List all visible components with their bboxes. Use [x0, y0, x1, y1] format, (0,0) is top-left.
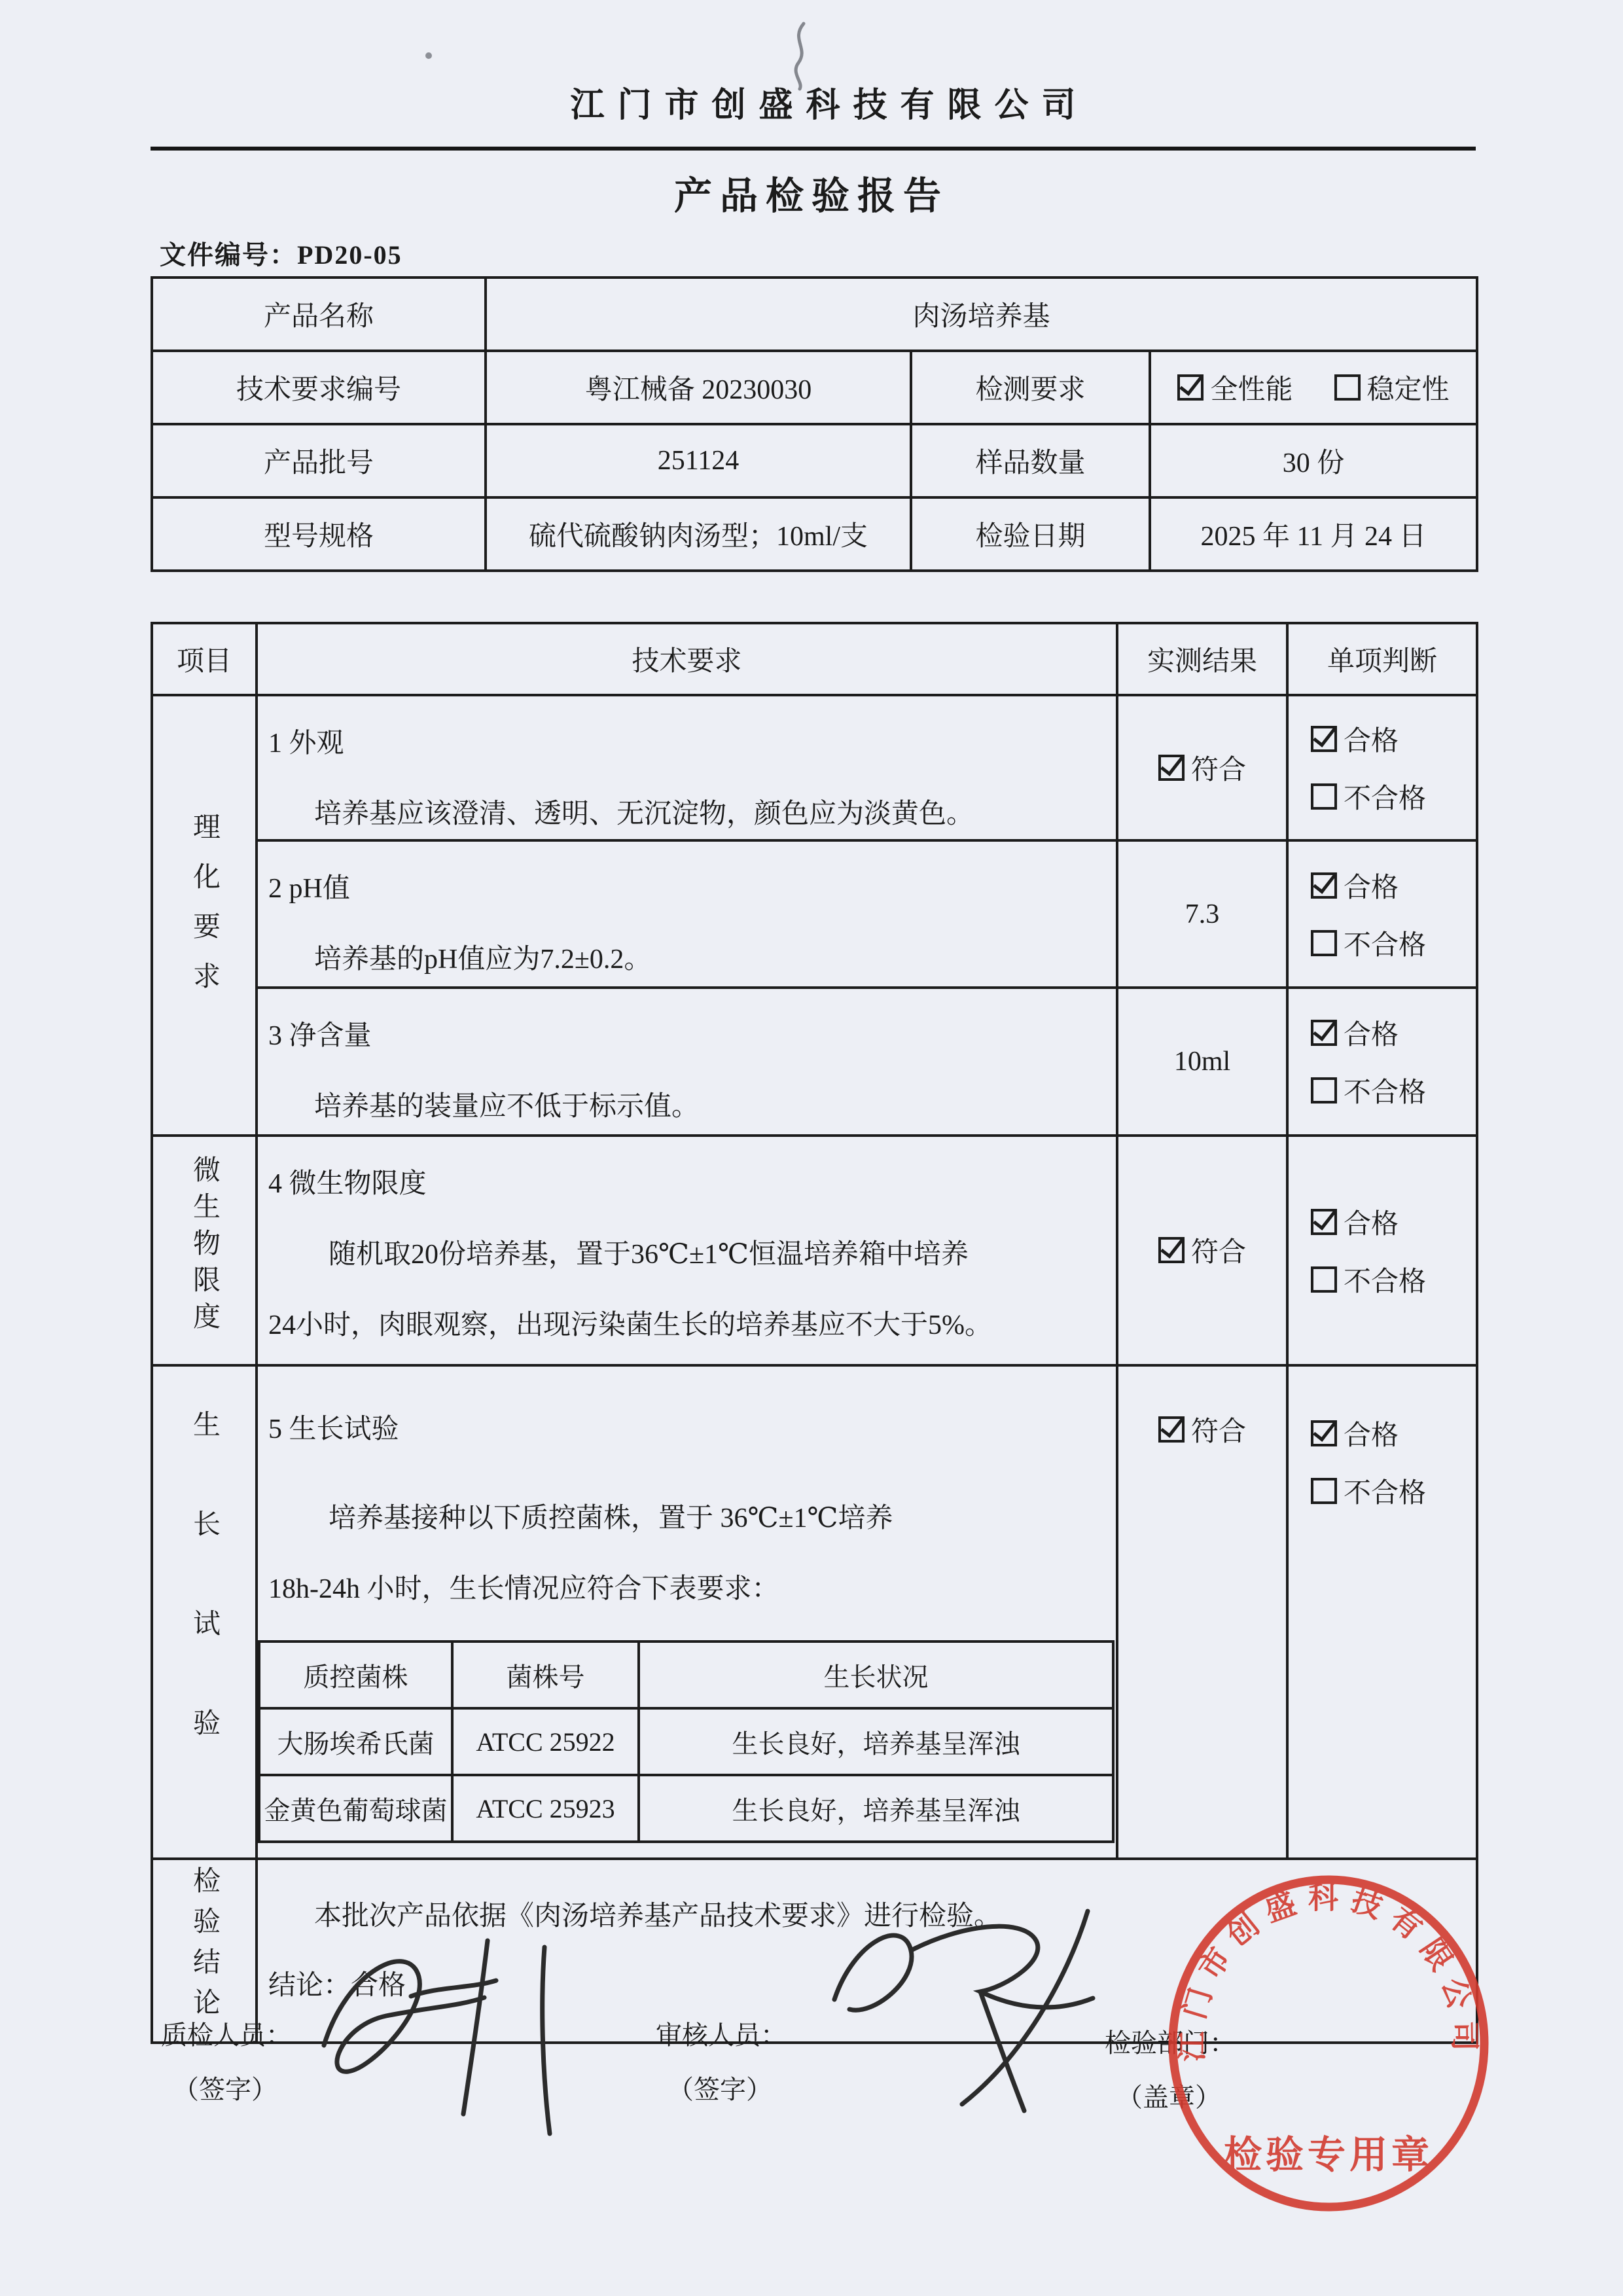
col-header-strain-no: 菌株号 — [452, 1641, 639, 1708]
result-appearance: 符合 — [1117, 695, 1287, 840]
checkbox-checked-icon — [1158, 1416, 1185, 1443]
checkbox-checked-icon — [1158, 1237, 1185, 1263]
group-label-physchem: 理化要求 — [185, 812, 224, 1011]
col-header-item: 项目 — [152, 623, 257, 695]
stamp-caption-text: 检验专用章 — [1224, 2134, 1433, 2176]
req-title: 2 pH值 — [268, 867, 1109, 906]
result-volume: 10ml — [1117, 988, 1287, 1136]
fail-label: 不合格 — [1344, 924, 1426, 963]
scan-artifact-dot — [425, 52, 432, 59]
qc-signer-block: 质检人员： （签字） — [161, 2015, 292, 2106]
checkbox-checked-icon — [1177, 374, 1204, 401]
test-req-label: 检测要求 — [911, 351, 1150, 424]
col-header-result: 实测结果 — [1117, 623, 1287, 695]
result-growth: 符合 — [1117, 1365, 1287, 1859]
col-header-strain: 质控菌株 — [259, 1641, 452, 1708]
judgement-pass: 合格 — [1311, 866, 1399, 905]
checkbox-unchecked-icon — [1311, 1478, 1337, 1504]
judgement-fail: 不合格 — [1311, 924, 1426, 963]
judgement-pass: 合格 — [1311, 1414, 1399, 1453]
growth-table-header-row: 质控菌株 菌株号 生长状况 — [259, 1641, 1113, 1708]
fail-label: 不合格 — [1344, 1260, 1426, 1299]
checkbox-checked-icon — [1158, 755, 1185, 781]
judgement-pass: 合格 — [1311, 1013, 1399, 1052]
group-label-growth-cell: 生长试验 — [152, 1365, 257, 1859]
table-row-growth: 生长试验 5 生长试验 培养基接种以下质控菌株，置于 36℃±1℃培养 18h-… — [152, 1365, 1477, 1859]
tech-no-value: 粤江械备 20230030 — [486, 351, 911, 424]
req-detail: 培养基接种以下质控菌株，置于 36℃±1℃培养 — [268, 1496, 1109, 1535]
growth-status: 生长良好，培养基呈浑浊 — [639, 1708, 1113, 1775]
pass-label: 合格 — [1344, 719, 1399, 759]
growth-test-table: 质控菌株 菌株号 生长状况 大肠埃希氏菌 ATCC 25922 生长良好，培养基… — [258, 1640, 1115, 1843]
stamp-company-text: 江门市创盛科技有限公司 — [1176, 1881, 1482, 2062]
req-detail: 培养基应该澄清、透明、无沉淀物，颜色应为淡黄色。 — [268, 792, 1109, 831]
group-label-conclusion: 检验结论 — [185, 1866, 224, 2028]
judgement-fail: 不合格 — [1311, 1071, 1426, 1110]
judgement-growth: 合格 不合格 — [1287, 1365, 1477, 1859]
table-row: 技术要求编号 粤江械备 20230030 检测要求 全性能 稳定性 — [152, 351, 1477, 424]
group-label-growth: 生长试验 — [185, 1410, 224, 1808]
result-text: 符合 — [1191, 1230, 1246, 1270]
report-title: 产品检验报告 — [0, 165, 1623, 220]
req-detail: 18h-24h 小时，生长情况应符合下表要求： — [268, 1567, 1109, 1606]
table-header-row: 项目 技术要求 实测结果 单项判断 — [152, 623, 1477, 695]
req-title: 3 净含量 — [268, 1014, 1109, 1053]
svg-text:江门市创盛科技有限公司: 江门市创盛科技有限公司 — [1176, 1881, 1482, 2062]
inspection-report-page: 江门市创盛科技有限公司 产品检验报告 文件编号：PD20-05 产品名称 肉汤培… — [0, 0, 1623, 2296]
group-label-micro-cell: 微生物限度 — [152, 1136, 257, 1365]
batch-value: 251124 — [486, 424, 911, 497]
checkbox-checked-icon — [1311, 1020, 1337, 1046]
checkbox-unchecked-icon — [1334, 374, 1361, 401]
pass-label: 合格 — [1344, 1013, 1399, 1052]
checkbox-checked-icon — [1311, 872, 1337, 899]
requirement-micro: 4 微生物限度 随机取20份培养基，置于36℃±1℃恒温培养箱中培养 24小时，… — [257, 1136, 1117, 1365]
reviewer-sub-label: （签字） — [668, 2069, 787, 2106]
col-header-requirement: 技术要求 — [257, 623, 1117, 695]
product-name-label: 产品名称 — [152, 278, 486, 351]
inspection-stamp: 江门市创盛科技有限公司 检验专用章 — [1164, 1872, 1494, 2219]
growth-table-row: 大肠埃希氏菌 ATCC 25922 生长良好，培养基呈浑浊 — [259, 1708, 1113, 1775]
requirement-growth: 5 生长试验 培养基接种以下质控菌株，置于 36℃±1℃培养 18h-24h 小… — [257, 1365, 1117, 1859]
qty-label: 样品数量 — [911, 424, 1150, 497]
document-number: 文件编号：PD20-05 — [160, 234, 402, 272]
strain-no: ATCC 25922 — [452, 1708, 639, 1775]
judgement-fail: 不合格 — [1311, 777, 1426, 816]
reviewer-label: 审核人员： — [656, 2015, 787, 2052]
table-row: 产品名称 肉汤培养基 — [152, 278, 1477, 351]
result-text: 符合 — [1191, 748, 1246, 787]
fail-label: 不合格 — [1344, 777, 1426, 816]
checkbox-unchecked-icon — [1311, 783, 1337, 810]
checkbox-unchecked-icon — [1311, 1266, 1337, 1293]
col-header-growth: 生长状况 — [639, 1641, 1113, 1708]
table-row: 型号规格 硫代硫酸钠肉汤型；10ml/支 检验日期 2025 年 11 月 24… — [152, 497, 1477, 571]
table-row-ph: 2 pH值 培养基的pH值应为7.2±0.2。 7.3 合格 不合格 — [152, 840, 1477, 988]
date-value: 2025 年 11 月 24 日 — [1150, 497, 1477, 571]
fail-label: 不合格 — [1344, 1471, 1426, 1511]
judgement-fail: 不合格 — [1311, 1260, 1426, 1299]
judgement-appearance: 合格 不合格 — [1287, 695, 1477, 840]
col-header-judgement: 单项判断 — [1287, 623, 1477, 695]
strain-name: 大肠埃希氏菌 — [259, 1708, 452, 1775]
pass-label: 合格 — [1344, 866, 1399, 905]
judgement-pass: 合格 — [1311, 1202, 1399, 1242]
fail-label: 不合格 — [1344, 1071, 1426, 1110]
option-label: 全性能 — [1210, 368, 1293, 407]
title-divider — [151, 147, 1476, 151]
req-detail: 培养基的装量应不低于标示值。 — [268, 1085, 1109, 1124]
group-label-micro: 微生物限度 — [185, 1155, 224, 1338]
model-value: 硫代硫酸钠肉汤型；10ml/支 — [486, 497, 911, 571]
qc-sub-label: （签字） — [173, 2069, 292, 2106]
judgement-ph: 合格 不合格 — [1287, 840, 1477, 988]
checkbox-checked-icon — [1311, 1209, 1337, 1235]
req-detail: 24小时，肉眼观察，出现污染菌生长的培养基应不大于5%。 — [268, 1303, 1109, 1342]
test-req-options: 全性能 稳定性 — [1150, 351, 1477, 424]
group-label-physchem-cell: 理化要求 — [152, 695, 257, 1136]
checkbox-checked-icon — [1311, 726, 1337, 752]
requirement-ph: 2 pH值 培养基的pH值应为7.2±0.2。 — [257, 840, 1117, 988]
date-label: 检验日期 — [911, 497, 1150, 571]
judgement-micro: 合格 不合格 — [1287, 1136, 1477, 1365]
growth-status: 生长良好，培养基呈浑浊 — [639, 1775, 1113, 1842]
req-detail: 随机取20份培养基，置于36℃±1℃恒温培养箱中培养 — [268, 1232, 1109, 1272]
checkbox-checked-icon — [1311, 1420, 1337, 1446]
requirement-appearance: 1 外观 培养基应该澄清、透明、无沉淀物，颜色应为淡黄色。 — [257, 695, 1117, 840]
checkbox-unchecked-icon — [1311, 930, 1337, 956]
req-title: 4 微生物限度 — [268, 1162, 1109, 1201]
req-title: 1 外观 — [268, 721, 1109, 761]
result-text: 符合 — [1191, 1410, 1246, 1449]
req-title: 5 生长试验 — [268, 1407, 1109, 1446]
result-micro: 符合 — [1117, 1136, 1287, 1365]
table-row-appearance: 理化要求 1 外观 培养基应该澄清、透明、无沉淀物，颜色应为淡黄色。 符合 合格… — [152, 695, 1477, 840]
company-name: 江门市创盛科技有限公司 — [36, 77, 1623, 126]
inspection-table: 项目 技术要求 实测结果 单项判断 理化要求 1 外观 培养基应该澄清、透明、无… — [151, 622, 1478, 2044]
option-full-performance: 全性能 — [1177, 368, 1293, 407]
judgement-fail: 不合格 — [1311, 1471, 1426, 1511]
model-label: 型号规格 — [152, 497, 486, 571]
table-row-micro: 微生物限度 4 微生物限度 随机取20份培养基，置于36℃±1℃恒温培养箱中培养… — [152, 1136, 1477, 1365]
table-row: 产品批号 251124 样品数量 30 份 — [152, 424, 1477, 497]
table-row-volume: 3 净含量 培养基的装量应不低于标示值。 10ml 合格 不合格 — [152, 988, 1477, 1136]
product-info-table: 产品名称 肉汤培养基 技术要求编号 粤江械备 20230030 检测要求 全性能… — [151, 276, 1478, 572]
batch-label: 产品批号 — [152, 424, 486, 497]
qc-label: 质检人员： — [161, 2015, 292, 2052]
req-detail: 培养基的pH值应为7.2±0.2。 — [268, 937, 1109, 977]
pass-label: 合格 — [1344, 1414, 1399, 1453]
requirement-volume: 3 净含量 培养基的装量应不低于标示值。 — [257, 988, 1117, 1136]
product-name-value: 肉汤培养基 — [486, 278, 1477, 351]
checkbox-unchecked-icon — [1311, 1077, 1337, 1103]
strain-no: ATCC 25923 — [452, 1775, 639, 1842]
option-stability: 稳定性 — [1334, 368, 1450, 407]
qty-value: 30 份 — [1150, 424, 1477, 497]
pass-label: 合格 — [1344, 1202, 1399, 1242]
growth-table-row: 金黄色葡萄球菌 ATCC 25923 生长良好，培养基呈浑浊 — [259, 1775, 1113, 1842]
judgement-pass: 合格 — [1311, 719, 1399, 759]
result-ph: 7.3 — [1117, 840, 1287, 988]
tech-no-label: 技术要求编号 — [152, 351, 486, 424]
reviewer-block: 审核人员： （签字） — [656, 2015, 787, 2106]
strain-name: 金黄色葡萄球菌 — [259, 1775, 452, 1842]
judgement-volume: 合格 不合格 — [1287, 988, 1477, 1136]
option-label: 稳定性 — [1367, 368, 1450, 407]
